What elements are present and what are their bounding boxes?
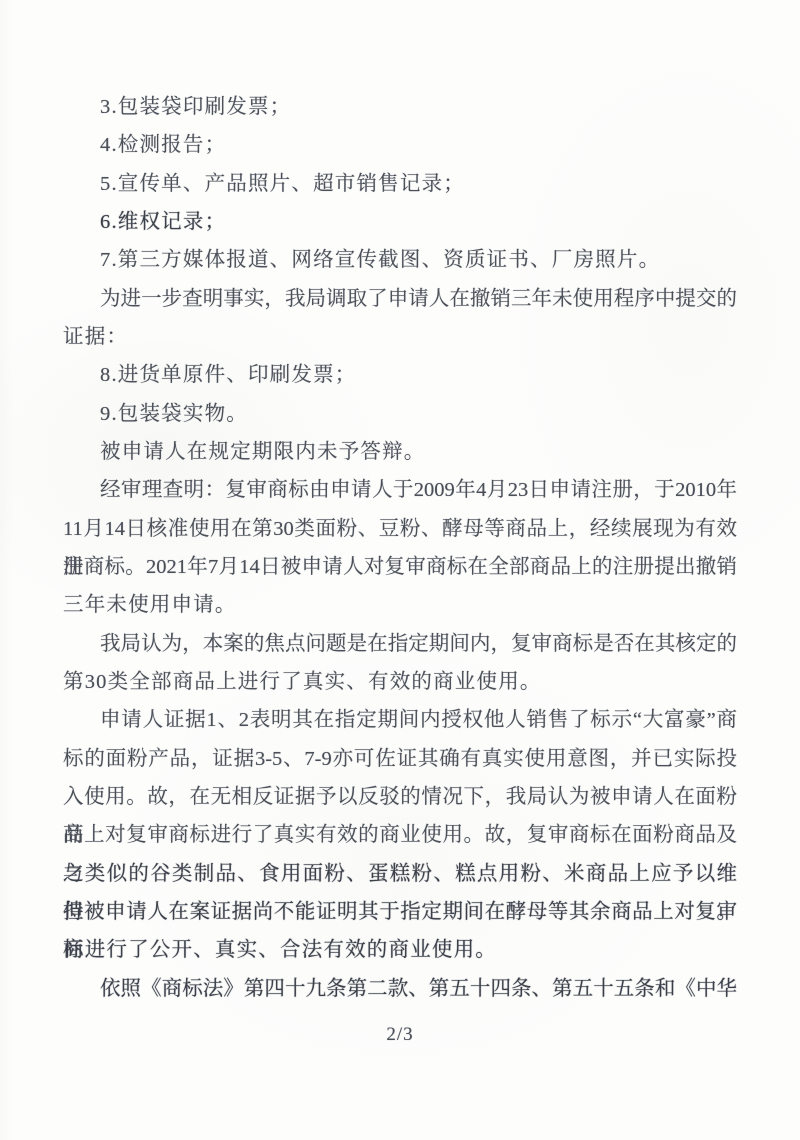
text-line: 11月14日核准使用在第30类面粉、豆粉、酵母等商品上，经续展现为有效注: [63, 510, 737, 548]
text-line: 申请人证据1、2表明其在指定期间内授权他人销售了标示“大富豪”商: [63, 701, 737, 739]
text-line: 标的面粉产品，证据3-5、7-9亦可佐证其确有真实使用意图，并已实际投: [63, 740, 737, 778]
text-line: 8.进货单原件、印刷发票；: [63, 356, 737, 394]
text-line: 证据：: [63, 318, 737, 356]
text-line: 7.第三方媒体报道、网络宣传截图、资质证书、厂房照片。: [63, 241, 737, 279]
text-line: 之类似的谷类制品、食用面粉、蛋糕粉、糕点用粉、米商品上应予以维持。: [63, 855, 737, 893]
text-line: 我局认为，本案的焦点问题是在指定期间内，复审商标是否在其核定的: [63, 625, 737, 663]
text-line: 9.包装袋实物。: [63, 395, 737, 433]
text-line: 4.检测报告；: [63, 126, 737, 164]
text-line: 3.包装袋印刷发票；: [63, 88, 737, 126]
text-line: 经审理查明：复审商标由申请人于2009年4月23日申请注册，于2010年: [63, 471, 737, 509]
text-line: 品上对复审商标进行了真实有效的商业使用。故，复审商标在面粉商品及与: [63, 816, 737, 854]
text-line: 依照《商标法》第四十九条第二款、第五十四条、第五十五条和《中华: [63, 970, 737, 1008]
text-line: 5.宣传单、产品照片、超市销售记录；: [63, 165, 737, 203]
text-line: 被申请人在规定期限内未予答辩。: [63, 433, 737, 471]
text-line: 但被申请人在案证据尚不能证明其于指定期间在酵母等其余商品上对复审商: [63, 893, 737, 931]
document-body: 3.包装袋印刷发票；4.检测报告；5.宣传单、产品照片、超市销售记录；6.维权记…: [63, 88, 737, 1008]
text-line: 6.维权记录；: [63, 203, 737, 241]
scanned-document-page: 3.包装袋印刷发票；4.检测报告；5.宣传单、产品照片、超市销售记录；6.维权记…: [0, 0, 800, 1140]
text-line: 标进行了公开、真实、合法有效的商业使用。: [63, 931, 737, 969]
text-line: 为进一步查明事实，我局调取了申请人在撤销三年未使用程序中提交的: [63, 280, 737, 318]
text-line: 第30类全部商品上进行了真实、有效的商业使用。: [63, 663, 737, 701]
text-line: 册商标。2021年7月14日被申请人对复审商标在全部商品上的注册提出撤销: [63, 548, 737, 586]
page-number: 2/3: [0, 1020, 800, 1050]
text-line: 三年未使用申请。: [63, 586, 737, 624]
text-line: 入使用。故，在无相反证据予以反驳的情况下，我局认为被申请人在面粉商: [63, 778, 737, 816]
